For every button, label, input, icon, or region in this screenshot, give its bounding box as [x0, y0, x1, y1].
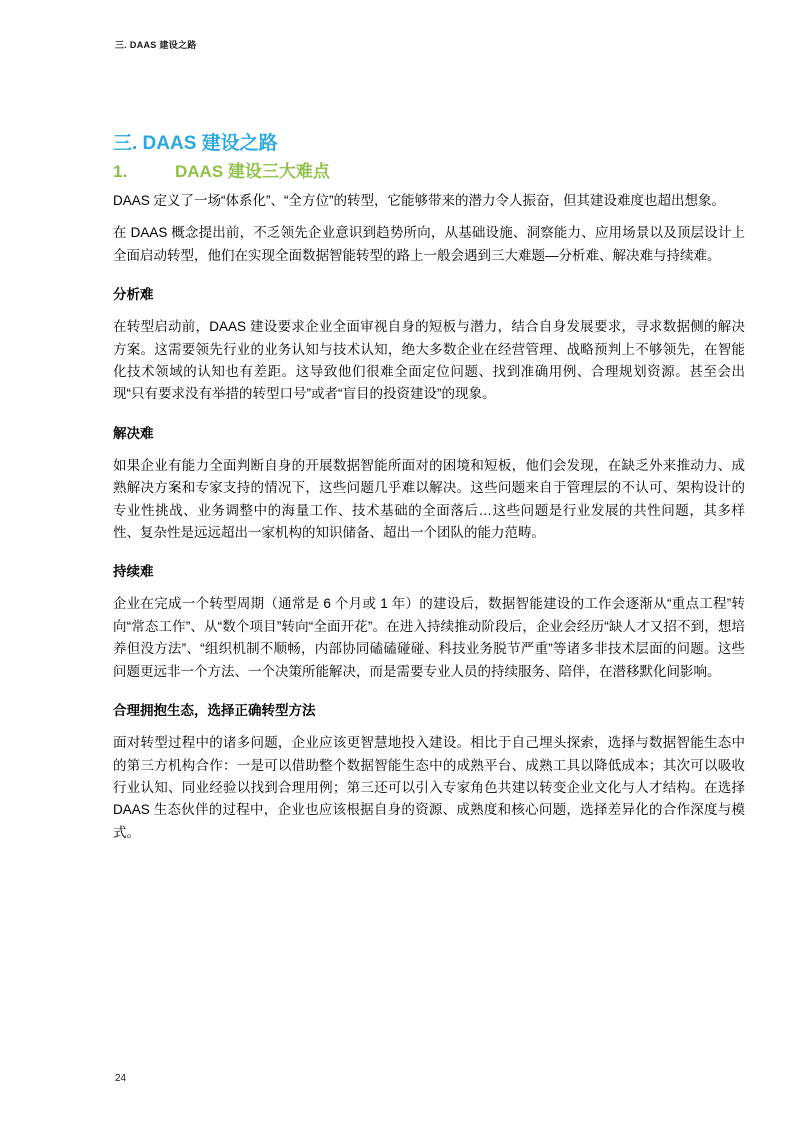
subsection-heading-ecosystem: 合理拥抱生态，选择正确转型方法: [113, 700, 745, 722]
section-heading: 1. DAAS 建设三大难点: [113, 161, 745, 183]
subsection-paragraph: 如果企业有能力全面判断自身的开展数据智能所面对的困境和短板，他们会发现，在缺乏外…: [113, 455, 745, 545]
subsection-heading-sustain: 持续难: [113, 561, 745, 583]
section-number: 1.: [113, 161, 175, 183]
intro-paragraph: 在 DAAS 概念提出前，不乏领先企业意识到趋势所向，从基础设施、洞察能力、应用…: [113, 222, 745, 267]
subsection-heading-solve: 解决难: [113, 423, 745, 445]
chapter-title: 三. DAAS 建设之路: [113, 132, 745, 156]
running-header: 三. DAAS 建设之路: [115, 38, 197, 51]
intro-paragraph: DAAS 定义了一场“体系化”、“全方位”的转型，它能够带来的潜力令人振奋，但其…: [113, 190, 745, 212]
subsection-paragraph: 在转型启动前，DAAS 建设要求企业全面审视自身的短板与潜力，结合自身发展要求，…: [113, 316, 745, 406]
subsection-paragraph: 面对转型过程中的诸多问题，企业应该更智慧地投入建设。相比于自己埋头探索，选择与数…: [113, 732, 745, 844]
page-number: 24: [115, 1073, 126, 1084]
section-heading-text: DAAS 建设三大难点: [175, 161, 330, 183]
document-content: 三. DAAS 建设之路 1. DAAS 建设三大难点 DAAS 定义了一场“体…: [113, 132, 745, 854]
subsection-paragraph: 企业在完成一个转型周期（通常是 6 个月或 1 年）的建设后，数据智能建设的工作…: [113, 593, 745, 683]
document-page: 三. DAAS 建设之路 三. DAAS 建设之路 1. DAAS 建设三大难点…: [0, 0, 793, 1122]
subsection-heading-analysis: 分析难: [113, 284, 745, 306]
